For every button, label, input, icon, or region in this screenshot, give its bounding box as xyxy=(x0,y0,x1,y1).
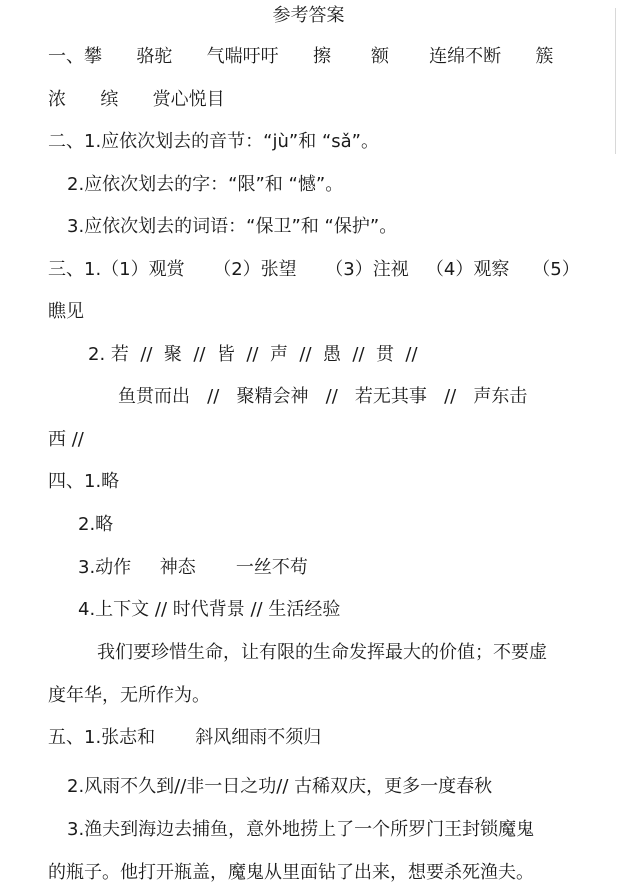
answer-line: 二、1.应依次划去的音节：“jù”和 “sǎ”。 xyxy=(48,130,379,154)
answer-line: 我们要珍惜生命，让有限的生命发挥最大的价值；不要虚 xyxy=(97,641,547,665)
answer-line: 2.略 xyxy=(78,513,113,537)
answer-line: 三、1.（1）观赏 （2）张望 （3）注视 （4）观察 （5） xyxy=(48,258,580,282)
answer-line: 瞧见 xyxy=(48,300,84,324)
answer-line: 3.应依次划去的词语：“保卫”和 “保护”。 xyxy=(67,215,397,239)
answer-line: 2.风雨不久到//非一日之功// 古稀双庆，更多一度春秋 xyxy=(67,775,492,799)
document-title: 参考答案 xyxy=(0,4,617,28)
answer-line: 3.渔夫到海边去捕鱼，意外地捞上了一个所罗门王封锁魔鬼 xyxy=(67,818,534,842)
answer-line: 3.动作 神态 一丝不苟 xyxy=(78,556,308,580)
answer-line: 2. 若 // 聚 // 皆 // 声 // 愚 // 贯 // xyxy=(88,343,418,367)
answer-line: 的瓶子。他打开瓶盖，魔鬼从里面钻了出来，想要杀死渔夫。 xyxy=(48,861,534,885)
answer-line: 2.应依次划去的字：“限”和 “憾”。 xyxy=(67,173,343,197)
answer-line: 鱼贯而出 // 聚精会神 // 若无其事 // 声东击 xyxy=(118,385,527,409)
answer-line: 西 // xyxy=(48,428,84,452)
answer-line: 浓 缤 赏心悦目 xyxy=(48,88,225,112)
answer-line: 四、1.略 xyxy=(48,470,119,494)
answer-line: 度年华，无所作为。 xyxy=(48,684,210,708)
answer-line: 五、1.张志和 斜风细雨不须归 xyxy=(48,726,321,750)
page-edge-line xyxy=(615,8,616,154)
answer-line: 4.上下文 // 时代背景 // 生活经验 xyxy=(78,598,340,622)
answer-line: 一、攀 骆驼 气喘吁吁 擦 额 连绵不断 簇 xyxy=(48,45,553,69)
